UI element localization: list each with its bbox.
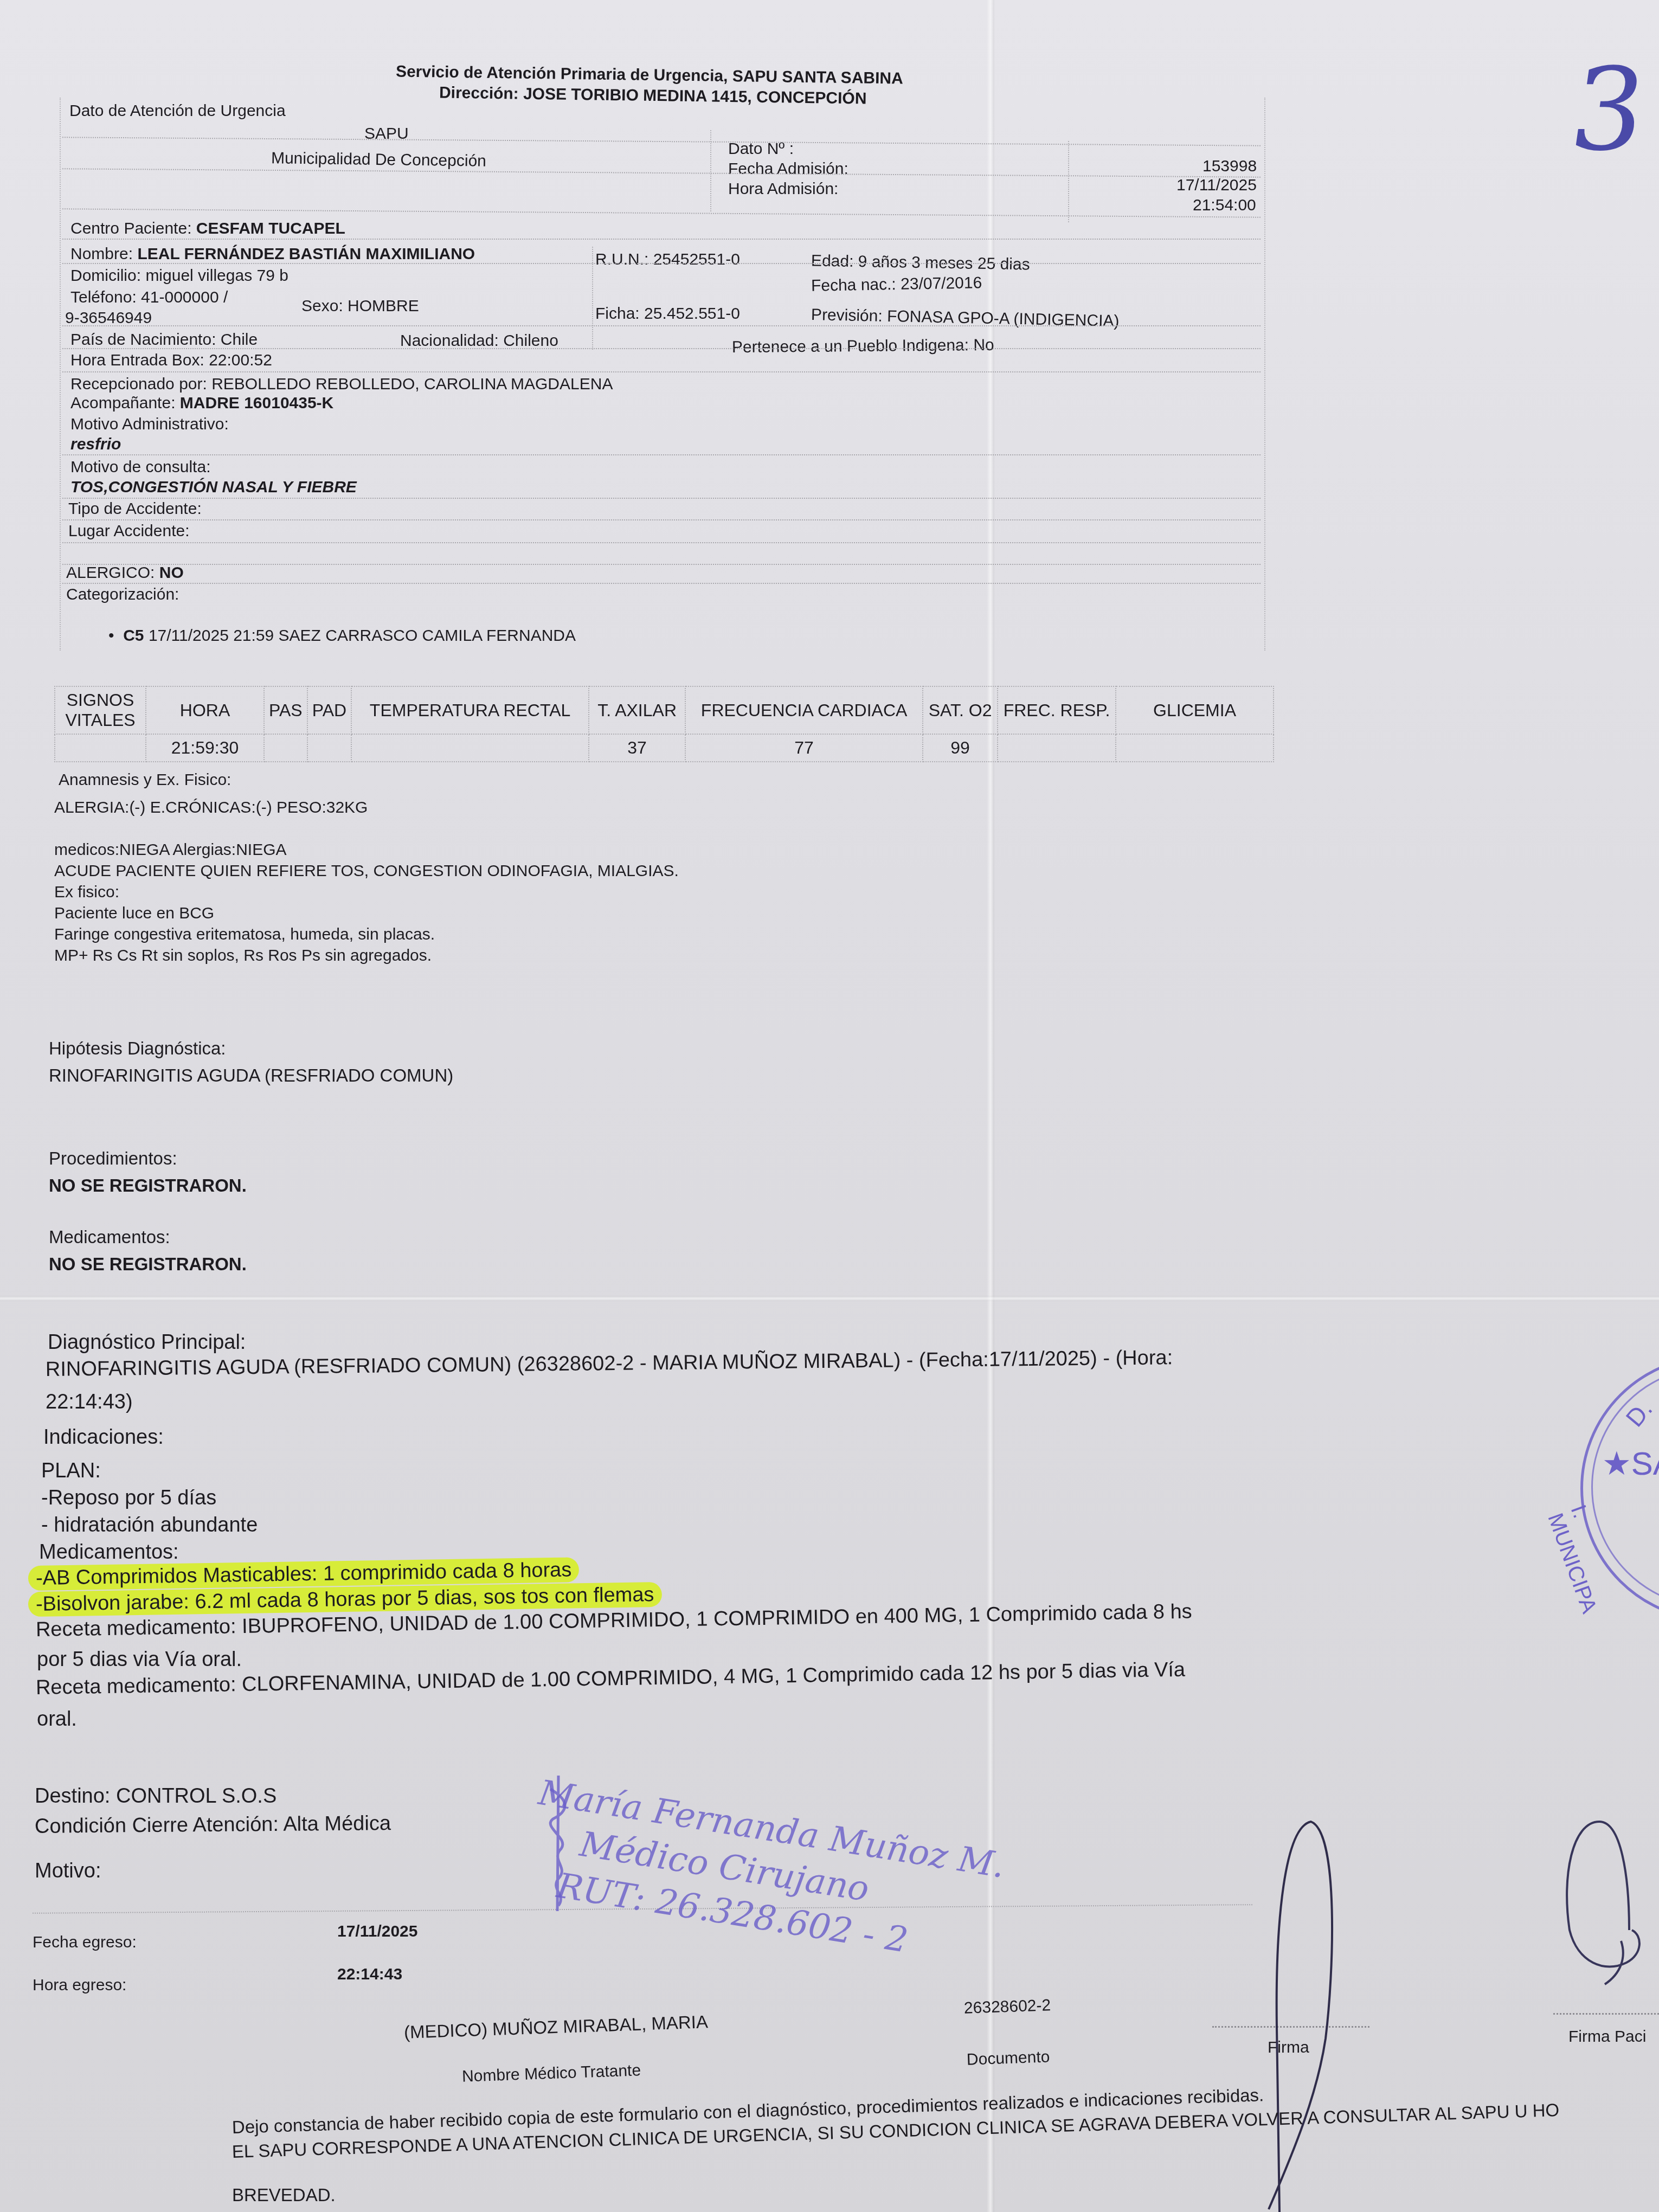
hipotesis-label: Hipótesis Diagnóstica: [49,1038,226,1059]
procedimientos-value: NO SE REGISTRARON. [49,1175,247,1196]
seal-text: ★SA [1602,1445,1659,1483]
rule [62,542,1261,543]
motivo-administrativo: resfrio [70,435,121,454]
vrule [1068,141,1069,222]
receta-line: por 5 dias via Vía oral. [37,1648,242,1671]
ficha: Ficha: 25.452.551-0 [595,305,740,323]
categorizacion-item: • C5 17/11/2025 21:59 SAEZ CARRASCO CAMI… [108,627,576,645]
vitals-cell: 99 [923,734,998,762]
run: R.U.N.: 25452551-0 [595,250,740,269]
plan-item: -Reposo por 5 días [41,1487,216,1510]
fecha-nacimiento: Fecha nac.: 23/07/2016 [811,274,982,295]
form-frame [60,98,1265,651]
rule [62,564,1261,565]
dato-no-value: 153998 [1203,157,1257,176]
plan-label: PLAN: [41,1459,101,1483]
vitals-header: SIGNOS VITALES [55,686,146,734]
vitals-cell: 21:59:30 [146,734,264,762]
fecha-admision-value: 17/11/2025 [1176,176,1257,195]
diagnostico-label: Diagnóstico Principal: [48,1331,246,1354]
vitals-header: PAS [264,686,307,734]
vitals-cell [307,734,351,762]
diagnostico-line-2: 22:14:43) [46,1391,133,1414]
fecha-egreso-label: Fecha egreso: [33,1933,137,1952]
org-short: SAPU [364,125,409,143]
documento-value: 26328602-2 [963,1996,1051,2018]
recepcionado-por: Recepcionado por: REBOLLEDO REBOLLEDO, C… [70,375,613,394]
rule [62,239,1261,240]
receta-line: oral. [37,1708,77,1731]
medico-tratante-label: Nombre Médico Tratante [462,2061,641,2086]
vitals-cell [998,734,1116,762]
anamnesis-text: ALERGIA:(-) E.CRÓNICAS:(-) PESO:32KG med… [54,797,679,966]
destino: Destino: CONTROL S.O.S [35,1785,276,1808]
procedimientos-label: Procedimientos: [49,1148,177,1169]
firma-paciente-line [1553,2013,1659,2015]
rule [62,498,1261,499]
vitals-header: T. AXILAR [589,686,685,734]
tipo-accidente-label: Tipo de Accidente: [68,500,202,518]
motivo-cierre-label: Motivo: [35,1860,101,1883]
domicilio: Domicilio: miguel villegas 79 b [70,267,288,285]
patient-signature [1540,1811,1659,1995]
form-label: Dato de Atención de Urgencia [69,102,286,120]
fecha-egreso-value: 17/11/2025 [337,1922,418,1941]
vitals-cell: 77 [685,734,923,762]
medico-tratante-name: (MEDICO) MUÑOZ MIRABAL, MARIA [404,2011,709,2043]
rule [62,371,1261,372]
rule [62,348,1261,349]
handwritten-page-number: 3 [1563,43,1654,176]
fecha-admision-label: Fecha Admisión: [728,160,848,178]
plan-item: - hidratación abundante [41,1514,258,1537]
vitals-header: HORA [146,686,264,734]
vitals-header: SAT. O2 [923,686,998,734]
vitals-cell: 37 [589,734,685,762]
hora-entrada-box: Hora Entrada Box: 22:00:52 [70,351,272,370]
vrule [710,130,711,211]
vitals-header: FRECUENCIA CARDIACA [685,686,923,734]
centro-paciente: Centro Paciente: CESFAM TUCAPEL [70,220,345,238]
rule [62,583,1261,584]
hipotesis-value: RINOFARINGITIS AGUDA (RESFRIADO COMUN) [49,1065,453,1086]
alergico: ALERGICO: NO [66,564,184,582]
vitals-header: TEMPERATURA RECTAL [351,686,589,734]
vitals-header: PAD [307,686,351,734]
vitals-cell [351,734,589,762]
lugar-accidente-label: Lugar Accidente: [68,522,190,541]
hora-admision-label: Hora Admisión: [728,180,838,198]
motivo-administrativo-label: Motivo Administrativo: [70,415,229,434]
motivo-consulta-label: Motivo de consulta: [70,458,210,477]
telefono: Teléfono: 41-000000 / [70,288,228,307]
hora-egreso-label: Hora egreso: [33,1976,126,1995]
anamnesis-label: Anamnesis y Ex. Fisico: [59,771,231,789]
medicamentos-label: Medicamentos: [49,1227,170,1248]
acompanante: Acompañante: MADRE 16010435-K [70,394,333,413]
pais-nacimiento: País de Nacimiento: Chile [70,331,258,349]
doctor-stamp: María Fernanda Muñoz M. Médico Cirujano … [522,1773,1008,1974]
paper-fold-horizontal [0,1296,1659,1301]
rule [62,519,1261,520]
motivo-consulta: TOS,CONGESTIÓN NASAL Y FIEBRE [70,478,357,497]
hora-admision-value: 21:54:00 [1193,196,1256,215]
rule [62,263,1261,264]
vitals-row: 21:59:30 37 77 99 [55,734,1274,762]
nacionalidad: Nacionalidad: Chileno [400,332,558,350]
rule [62,454,1261,455]
vrule [592,247,593,350]
vitals-cell [1116,734,1274,762]
indicaciones-label: Indicaciones: [43,1426,164,1449]
vitals-header-row: SIGNOS VITALES HORA PAS PAD TEMPERATURA … [55,686,1274,734]
vitals-cell [264,734,307,762]
sexo: Sexo: HOMBRE [301,297,419,316]
doctor-signature [1247,1811,1355,2212]
telefono-2: 9-36546949 [65,309,152,327]
vitals-cell [55,734,146,762]
nombre: Nombre: LEAL FERNÁNDEZ BASTIÁN MAXIMILIA… [70,245,475,263]
medicamentos-value: NO SE REGISTRARON. [49,1254,247,1275]
org-name: Municipalidad De Concepción [271,149,486,171]
indicaciones-medicamentos-label: Medicamentos: [39,1541,179,1564]
hora-egreso-value: 22:14:43 [337,1965,402,1984]
condicion-cierre: Condición Cierre Atención: Alta Médica [35,1812,391,1838]
vitals-header: FREC. RESP. [998,686,1116,734]
vitals-header: GLICEMIA [1116,686,1274,734]
documento-label: Documento [966,2048,1050,2069]
rule [62,325,1261,326]
disclaimer-line-3: BREVEDAD. [232,2185,336,2205]
pueblo-indigena: Pertenece a un Pueblo Indigena: No [732,336,994,357]
vital-signs-table: SIGNOS VITALES HORA PAS PAD TEMPERATURA … [54,686,1274,762]
firma-paciente-label: Firma Paci [1568,2028,1646,2046]
caduceus-icon [537,1773,580,1914]
categorizacion-label: Categorización: [66,586,179,604]
